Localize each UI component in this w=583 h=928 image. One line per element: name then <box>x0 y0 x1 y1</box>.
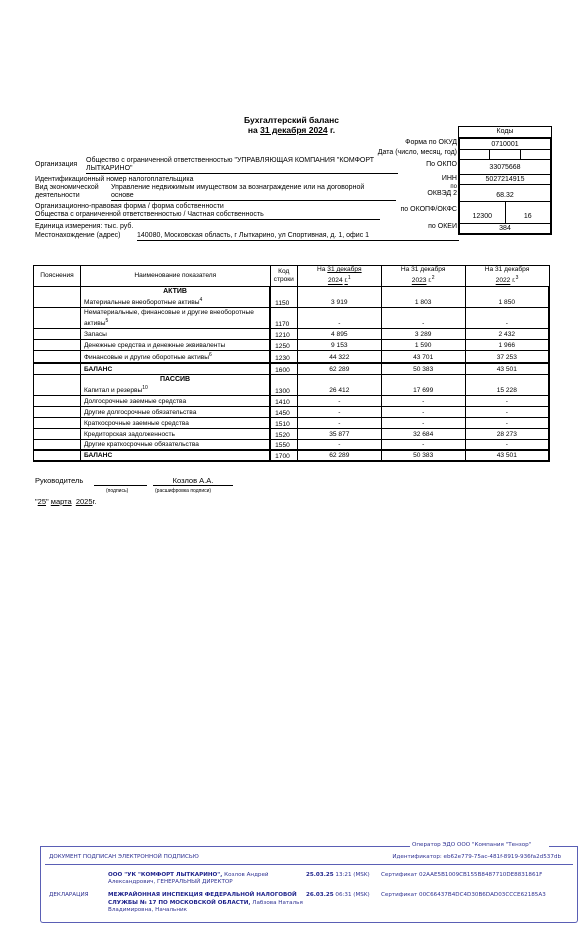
value-2022: 2 432 <box>465 329 549 340</box>
inn-org-label: Идентификационный номер налогоплательщик… <box>35 176 194 184</box>
value-2023: - <box>381 439 465 450</box>
okved-value: 68.32 <box>460 185 550 202</box>
esign-identifier: Идентификатор: eb62e779-75ac-481f-8919-9… <box>392 854 561 860</box>
org-label: Организация <box>35 161 77 169</box>
signature-caption: (подпись) <box>106 488 128 494</box>
head-name: Козлов А.А. <box>153 477 233 486</box>
table-row: БАЛАНС170062 28950 38343 501 <box>34 450 550 461</box>
esign-header: ДОКУМЕНТ ПОДПИСАН ЭЛЕКТРОННОЙ ПОДПИСЬЮ <box>49 854 199 860</box>
value-2023: - <box>381 406 465 417</box>
value-2022: 43 501 <box>465 363 549 374</box>
section-title: АКТИВ <box>84 288 266 296</box>
date-month <box>490 150 520 159</box>
value-2023: 1 803 <box>381 287 465 308</box>
okfs-value: 16 <box>506 202 551 223</box>
value-2024: 35 877 <box>297 428 381 439</box>
notes-cell <box>34 329 81 340</box>
value-2024: - <box>297 439 381 450</box>
value-2024: 26 412 <box>297 374 381 395</box>
notes-cell <box>34 363 81 374</box>
code-cell: 1520 <box>270 428 297 439</box>
value-2024: - <box>297 417 381 428</box>
code-cell: 1700 <box>270 450 297 461</box>
name-cell: БАЛАНС <box>80 363 270 374</box>
table-row: ПАССИВКапитал и резервы10130026 41217 69… <box>34 374 550 395</box>
notes-cell <box>34 374 81 395</box>
codes-header: Коды <box>458 126 552 137</box>
value-2022: - <box>465 439 549 450</box>
okei-value: 384 <box>460 224 550 233</box>
value-2023: 17 699 <box>381 374 465 395</box>
activity-label-1: Вид экономической <box>35 184 99 192</box>
esign-signer-2-cert: Сертификат 00C66437B4DC4D30B6DAD03CCCE62… <box>381 892 546 898</box>
code-cell: 1510 <box>270 417 297 428</box>
code-cell: 1450 <box>270 406 297 417</box>
col-notes-header: Пояснения <box>34 266 81 287</box>
inn-label: ИНН <box>442 175 457 183</box>
value-2023: - <box>381 417 465 428</box>
okud-value: 0710001 <box>460 139 550 150</box>
value-2024: 9 153 <box>297 340 381 351</box>
value-2024: 62 289 <box>297 363 381 374</box>
title-date: 31 декабря 2024 <box>260 125 327 135</box>
name-cell: Долгосрочные заемные средства <box>80 395 270 406</box>
value-2022: - <box>465 308 549 329</box>
notes-cell <box>34 417 81 428</box>
value-2022: 1 966 <box>465 340 549 351</box>
table-row: Долгосрочные заемные средства1410--- <box>34 395 550 406</box>
notes-cell <box>34 439 81 450</box>
table-row: Нематериальные, финансовые и другие внео… <box>34 308 550 329</box>
balance-table: Пояснения Наименование показателя Кодстр… <box>33 265 550 462</box>
okei-label: по ОКЕИ <box>428 223 457 231</box>
value-2023: - <box>381 395 465 406</box>
signature-line <box>94 485 147 486</box>
value-2022: - <box>465 406 549 417</box>
code-cell: 1150 <box>270 287 297 308</box>
esign-signer-1-cert: Сертификат 02AAE5B1009CB155B8487710DE883… <box>381 872 542 878</box>
value-2024: 44 322 <box>297 351 381 364</box>
name-cell: Запасы <box>80 329 270 340</box>
notes-cell <box>34 308 81 329</box>
code-cell: 1210 <box>270 329 297 340</box>
value-2024: 62 289 <box>297 450 381 461</box>
value-2023: 32 684 <box>381 428 465 439</box>
unit-label: Единица измерения: тыс. руб. <box>35 223 133 231</box>
address-label: Местонахождение (адрес) <box>35 232 121 240</box>
table-row: БАЛАНС160062 28950 38343 501 <box>34 363 550 374</box>
date-year <box>521 150 550 159</box>
okpo-value: 33075668 <box>460 160 550 175</box>
value-2024: 4 895 <box>297 329 381 340</box>
esign-signer-1: ООО "УК "КОМФОРТ ЛЫТКАРИНО", Козлов Андр… <box>108 872 308 886</box>
name-cell: АКТИВМатериальные внеоборотные активы4 <box>80 287 270 308</box>
value-2024: - <box>297 308 381 329</box>
col-2022-header: На 31 декабря 2022 г.3 <box>465 266 549 287</box>
okopf-value: 12300 <box>460 202 506 223</box>
value-2023: 1 590 <box>381 340 465 351</box>
date-cells <box>460 150 550 160</box>
esign-divider <box>45 864 573 865</box>
sign-date: "25" марта 2025г. <box>35 498 96 506</box>
code-cell: 1550 <box>270 439 297 450</box>
col-2024-header: На 31 декабря 2024 г.1 <box>297 266 381 287</box>
value-2023: 43 701 <box>381 351 465 364</box>
notes-cell <box>34 450 81 461</box>
col-2023-header: На 31 декабря 2023 г.2 <box>381 266 465 287</box>
okved-label-2: ОКВЭД 2 <box>427 190 457 198</box>
esign-signer-2-date: 26.03.25 06:31 (MSK) <box>306 892 370 898</box>
notes-cell <box>34 395 81 406</box>
value-2024: 3 919 <box>297 287 381 308</box>
name-cell: БАЛАНС <box>80 450 270 461</box>
esign-stamp: ДОКУМЕНТ ПОДПИСАН ЭЛЕКТРОННОЙ ПОДПИСЬЮ И… <box>40 846 578 923</box>
esign-signer-1-date: 25.03.25 13:21 (MSK) <box>306 872 370 878</box>
legal-form-value: Общества с ограниченной ответственностью… <box>35 211 380 220</box>
okopf-okfs-cells: 12300 16 <box>460 202 550 224</box>
okud-label: Форма по ОКУД <box>405 139 457 147</box>
address-value: 140080, Московская область, г Лыткарино,… <box>137 232 459 241</box>
head-label: Руководитель <box>35 477 83 485</box>
table-row: Кредиторская задолженность152035 87732 6… <box>34 428 550 439</box>
name-cell: ПАССИВКапитал и резервы10 <box>80 374 270 395</box>
notes-cell <box>34 287 81 308</box>
okopf-label: по ОКОПФ/ОКФС <box>401 206 457 214</box>
value-2022: 43 501 <box>465 450 549 461</box>
code-cell: 1600 <box>270 363 297 374</box>
name-cell: Денежные средства и денежные эквиваленты <box>80 340 270 351</box>
value-2022: 28 273 <box>465 428 549 439</box>
name-cell: Другие долгосрочные обязательства <box>80 406 270 417</box>
table-row: Денежные средства и денежные эквиваленты… <box>34 340 550 351</box>
value-2022: 1 850 <box>465 287 549 308</box>
legal-form-label: Организационно-правовая форма / форма со… <box>35 203 224 211</box>
code-cell: 1230 <box>270 351 297 364</box>
table-row: Другие краткосрочные обязательства1550--… <box>34 439 550 450</box>
col-name-header: Наименование показателя <box>80 266 270 287</box>
value-2023: 3 289 <box>381 329 465 340</box>
okpo-label: По ОКПО <box>426 161 457 169</box>
table-row: АКТИВМатериальные внеоборотные активы411… <box>34 287 550 308</box>
name-cell: Нематериальные, финансовые и другие внео… <box>80 308 270 329</box>
value-2023: 50 383 <box>381 450 465 461</box>
esign-signer-2: МЕЖРАЙОННАЯ ИНСПЕКЦИЯ ФЕДЕРАЛЬНОЙ НАЛОГО… <box>108 892 303 915</box>
code-cell: 1300 <box>270 374 297 395</box>
title-line-1: Бухгалтерский баланс <box>0 115 583 125</box>
esign-signer-2-type: ДЕКЛАРАЦИЯ <box>49 892 89 898</box>
value-2022: 15 228 <box>465 374 549 395</box>
activity-label-2: деятельности <box>35 192 80 200</box>
value-2024: - <box>297 406 381 417</box>
date-day <box>460 150 490 159</box>
name-cell: Кредиторская задолженность <box>80 428 270 439</box>
code-cell: 1170 <box>270 308 297 329</box>
name-cell: Краткосрочные заемные средства <box>80 417 270 428</box>
name-caption: (расшифровка подписи) <box>155 488 211 494</box>
notes-cell <box>34 406 81 417</box>
notes-cell <box>34 428 81 439</box>
table-row: Запасы12104 8953 2892 432 <box>34 329 550 340</box>
codes-table: Коды 0710001 33075668 5027214915 68.32 1… <box>458 126 552 235</box>
value-2024: - <box>297 395 381 406</box>
col-code-header: Кодстроки <box>270 266 297 287</box>
code-cell: 1410 <box>270 395 297 406</box>
table-row: Финансовые и другие оборотные активы6123… <box>34 351 550 364</box>
name-cell: Другие краткосрочные обязательства <box>80 439 270 450</box>
value-2022: - <box>465 395 549 406</box>
value-2022: - <box>465 417 549 428</box>
section-title: ПАССИВ <box>84 376 266 384</box>
org-name: Общество с ограниченной ответственностью… <box>86 157 398 174</box>
code-cell: 1250 <box>270 340 297 351</box>
value-2023: - <box>381 308 465 329</box>
table-row: Краткосрочные заемные средства1510--- <box>34 417 550 428</box>
table-row: Другие долгосрочные обязательства1450--- <box>34 406 550 417</box>
date-label: Дата (число, месяц, год) <box>378 149 457 157</box>
inn-value: 5027214915 <box>460 175 550 185</box>
notes-cell <box>34 351 81 364</box>
notes-cell <box>34 340 81 351</box>
value-2022: 37 253 <box>465 351 549 364</box>
value-2023: 50 383 <box>381 363 465 374</box>
name-cell: Финансовые и другие оборотные активы6 <box>80 351 270 364</box>
activity-value: Управление недвижимым имуществом за возн… <box>111 184 396 201</box>
